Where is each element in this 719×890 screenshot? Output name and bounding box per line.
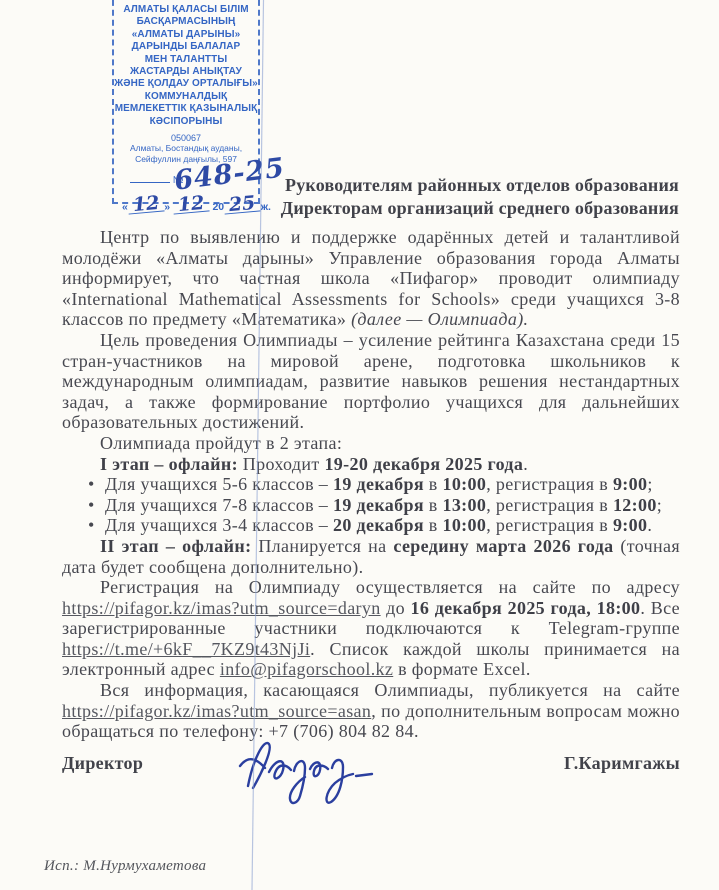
paragraph-goal: Цель проведения Олимпиады – усиление рей… [62,330,680,433]
stamp-line: ЖӘНЕ ҚОЛДАУ ОРТАЛЫҒЫ» [114,78,258,90]
stamp-date-row: «12» 12 2025ж. [114,198,258,213]
stamp-line: ДАРЫНДЫ БАЛАЛАР [114,41,258,53]
bullet-text: Для учащихся 5-6 классов – 19 декабря в … [105,474,680,495]
paragraph-registration: Регистрация на Олимпиаду осуществляется … [62,577,680,680]
stamp-line: МЕМЛЕКЕТТІК ҚАЗЫНАЛЫҚ [114,103,258,115]
paragraph-stage2: II этап – офлайн: Планируется на середин… [62,536,680,577]
bullet-text: Для учащихся 7-8 классов – 19 декабря в … [105,495,680,516]
bullet-icon: • [88,474,105,495]
stamp-line: КӘСІПОРЫНЫ [114,116,258,128]
letter-body: Центр по выявлению и поддержке одарённых… [62,227,680,742]
stamp-line: ЖАСТАРДЫ АНЫҚТАУ [114,66,258,78]
stamp-address-line: Алматы, Бостандық ауданы, [114,143,258,154]
bullet-icon: • [88,495,105,516]
stamp-line: АЛМАТЫ ҚАЛАСЫ БІЛІМ [114,4,258,16]
handwritten-year: 25 [224,197,262,215]
date-quote-close: » [164,201,170,213]
bullet-item-grades-3-4: • Для учащихся 3-4 классов – 20 декабря … [62,515,680,536]
bullet-icon: • [88,515,105,536]
stamp-line: «АЛМАТЫ ДАРЫНЫ» [114,29,258,41]
paragraph-stage1: I этап – офлайн: Проходит 19-20 декабря … [62,454,680,475]
org-stamp: АЛМАТЫ ҚАЛАСЫ БІЛІМ БАСҚАРМАСЫНЫҢ «АЛМАТ… [112,0,260,204]
recipient-block: Руководителям районных отделов образован… [281,174,679,220]
scanned-letter-page: АЛМАТЫ ҚАЛАСЫ БІЛІМ БАСҚАРМАСЫНЫҢ «АЛМАТ… [0,0,719,890]
stamp-line: МЕН ТАЛАНТТЫ [114,54,258,66]
paragraph-stages: Олимпиада пройдут в 2 этапа: [62,433,680,454]
date-year-prefix: 20 [212,201,224,213]
signer-title: Директор [62,753,143,774]
stamp-line: КОММУНАЛДЫҚ [114,91,258,103]
bullet-item-grades-5-6: • Для учащихся 5-6 классов – 19 декабря … [62,474,680,495]
stamp-line: БАСҚАРМАСЫНЫҢ [114,16,258,28]
handwritten-month: 12 [172,197,210,215]
stamp-org-name: АЛМАТЫ ҚАЛАСЫ БІЛІМ БАСҚАРМАСЫНЫҢ «АЛМАТ… [114,4,258,128]
executor-note: Исп.: М.Нурмухаметова [44,858,206,875]
stamp-number-row: № 648-25 [114,173,258,189]
signature-scribble [232,724,402,814]
handwritten-day: 12 [127,197,165,215]
blank-line [130,173,170,183]
bullet-item-grades-7-8: • Для учащихся 7-8 классов – 19 декабря … [62,495,680,516]
recipient-line-1: Руководителям районных отделов образован… [281,174,679,197]
bullet-text: Для учащихся 3-4 классов – 20 декабря в … [105,515,680,536]
date-suffix: ж. [261,201,271,213]
stamp-postcode: 050067 [114,133,258,143]
recipient-line-2: Директорам организаций среднего образова… [281,197,679,220]
signer-name: Г.Каримгажы [564,753,680,774]
paragraph-intro: Центр по выявлению и поддержке одарённых… [62,227,680,330]
